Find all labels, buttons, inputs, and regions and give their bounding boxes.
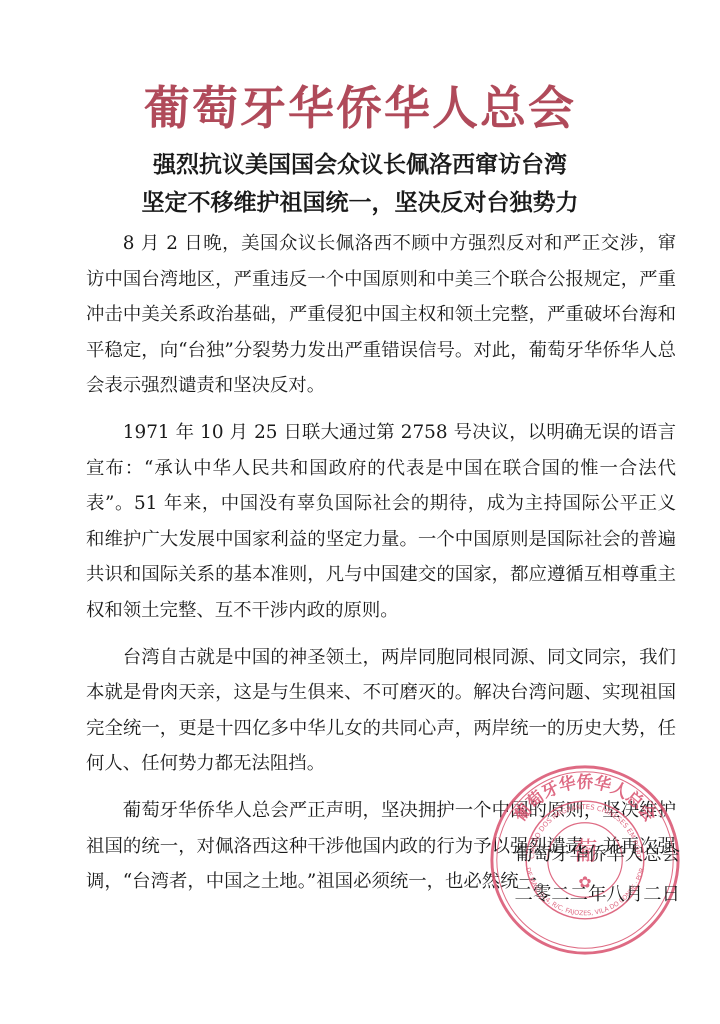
signature-organization: 葡萄牙华侨华人总会 — [470, 840, 680, 866]
svg-text:葡萄牙华侨华人总会: 葡萄牙华侨华人总会 — [510, 771, 660, 825]
paragraph-1: 8 月 2 日晚，美国众议长佩洛西不顾中方强烈反对和严正交涉，窜访中国台湾地区，… — [86, 226, 676, 404]
paragraph-2: 1971 年 10 月 25 日联大通过第 2758 号决议，以明确无误的语言宣… — [86, 415, 676, 629]
organization-title: 葡萄牙华侨华人总会 — [0, 72, 720, 138]
headline-line-1: 强烈抗议美国国会众议长佩洛西窜访台湾 — [0, 146, 720, 179]
headline-line-2: 坚定不移维护祖国统一，坚决反对台独势力 — [0, 184, 720, 217]
paragraph-3: 台湾自古就是中国的神圣领土，两岸同胞同根同源、同文同宗，我们本就是骨肉天亲，这是… — [86, 640, 676, 782]
signature-date: 二零二二年八月二日 — [470, 880, 680, 906]
